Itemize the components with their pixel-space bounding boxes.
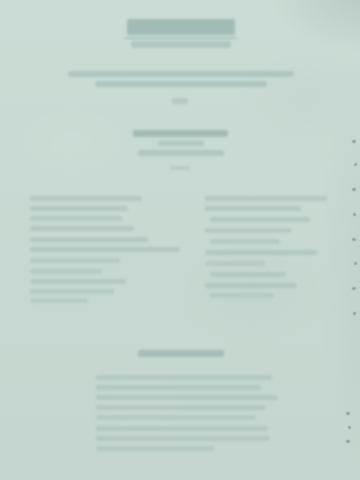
ghost-text-line bbox=[210, 293, 274, 298]
ghost-text-line bbox=[172, 98, 188, 104]
ghost-text-line bbox=[96, 395, 278, 400]
ghost-text-line bbox=[205, 261, 265, 266]
ghost-text-line bbox=[30, 298, 88, 303]
ghost-text-line bbox=[96, 426, 268, 431]
ghost-text-line bbox=[30, 206, 128, 211]
binding-stitch-mark bbox=[346, 440, 350, 443]
ghost-text-line bbox=[127, 19, 235, 35]
ghost-text-line bbox=[96, 436, 270, 441]
ghost-text-line bbox=[205, 283, 297, 288]
ghost-text-line bbox=[205, 228, 291, 233]
binding-stitch-mark bbox=[348, 426, 351, 429]
ghost-text-line bbox=[170, 166, 190, 170]
ghost-text-line bbox=[125, 37, 237, 39]
binding-stitch-mark bbox=[354, 163, 357, 166]
ghost-text-line bbox=[131, 41, 231, 48]
ghost-text-line bbox=[96, 405, 266, 410]
ghost-text-line bbox=[205, 250, 317, 255]
ghost-text-line bbox=[30, 258, 120, 263]
ghost-text-line bbox=[210, 272, 286, 277]
ghost-text-line bbox=[68, 71, 294, 77]
ghost-text-line bbox=[96, 375, 272, 380]
ghost-text-line bbox=[210, 239, 280, 244]
ghost-text-line bbox=[138, 350, 224, 357]
binding-stitch-mark bbox=[352, 287, 356, 290]
ghost-text-line bbox=[210, 217, 310, 222]
ghost-text-line bbox=[96, 385, 261, 390]
ghost-text-line bbox=[30, 247, 180, 252]
ghost-text-line bbox=[158, 141, 204, 146]
ghost-text-line bbox=[205, 206, 301, 211]
binding-stitch-mark bbox=[354, 262, 357, 265]
ghost-text-line bbox=[30, 269, 102, 274]
ghost-text-line bbox=[30, 289, 114, 294]
ghost-text-line bbox=[30, 226, 134, 231]
ghost-text-line bbox=[30, 216, 122, 221]
scanned-page bbox=[0, 0, 360, 480]
binding-stitch-mark bbox=[353, 213, 356, 216]
ghost-text-line bbox=[133, 130, 228, 137]
ghost-text-line bbox=[30, 237, 148, 242]
binding-stitch-mark bbox=[346, 412, 350, 415]
ghost-text-line bbox=[138, 150, 224, 156]
ghost-text-line bbox=[96, 415, 256, 420]
binding-stitch-mark bbox=[352, 140, 356, 143]
ghost-text-line bbox=[95, 81, 267, 87]
ghost-text-line bbox=[30, 279, 126, 284]
ghost-text-line bbox=[30, 196, 142, 201]
binding-stitch-mark bbox=[352, 188, 356, 191]
ghost-text-line bbox=[96, 446, 214, 451]
ghost-text-line bbox=[205, 196, 327, 201]
binding-stitch-mark bbox=[353, 312, 356, 315]
binding-stitch-mark bbox=[352, 238, 356, 241]
